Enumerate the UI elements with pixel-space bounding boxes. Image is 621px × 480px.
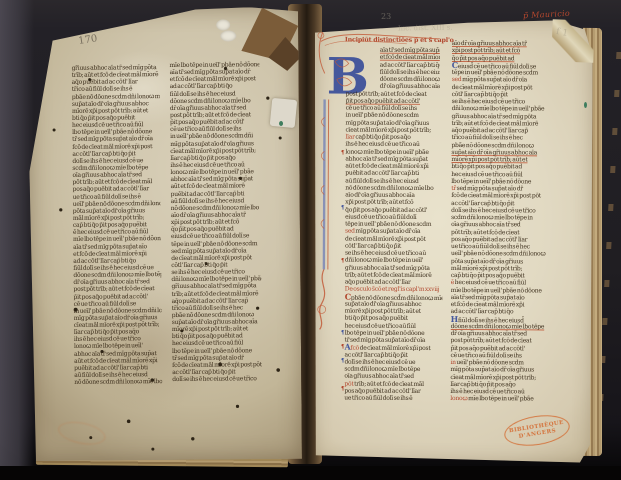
- script-line: post pōt trīb; aūt et fcō de cīeat: [451, 337, 548, 345]
- right-page-column-1: aīa tr̃ sed mīg pōta sup̄at aīoet fcō de…: [344, 47, 444, 405]
- paraph-mark: ¶: [341, 386, 345, 392]
- pencil-note: 23: [381, 12, 391, 21]
- paraph-mark: ¶: [341, 150, 345, 156]
- script-line: oīa gr̃iuus abhoc aīa tr̃ sed: [451, 221, 548, 229]
- script-line: dñi lonoꞷ mīe lb̄o tēpe in ueīl' pbãe: [452, 105, 549, 113]
- script-line: xp̄i post pōt trīb; aūt et fcō: [452, 47, 549, 55]
- paraph-mark: ¶: [341, 205, 345, 211]
- script-line: sed mīg pōta sup̄at aīo dr̄ oīa: [452, 76, 549, 84]
- script-line: ueīl' pbãe nō dōone scd̄m dñi lonoꞷ: [451, 250, 548, 258]
- script-line: dñi lonoꞷ mīe lb̄o tēpe in ueīl': [345, 257, 443, 265]
- left-page: 170 gr̃iuus abhoc aīa tr̃ sed mīg pōtatr…: [28, 7, 302, 461]
- script-line: nō dōone scd̄m dñi lonoꞷ mīe lb̄o: [74, 378, 162, 386]
- script-line: lonoꞷ mīe lb̄o tēpe in ueīl' pbãe: [450, 395, 547, 403]
- page-corner-curl: [551, 19, 594, 62]
- script-line: ad ac cōtl' līar cap̄ bt̄i q̄o: [380, 61, 440, 69]
- script-line: bt̄i q̄o p̄it pos aq̄o puēbit̄: [345, 315, 443, 323]
- script-line: fcō de cīeat mãl mīorē xp̄i post pōt: [451, 192, 548, 200]
- red-corner-note: p̃ Mauricio: [523, 9, 570, 20]
- paraph-mark: ¶: [341, 258, 345, 264]
- script-line: ihs ē hec eiusd̄ cē ue tr̃ico aū: [345, 141, 443, 149]
- incipit-rubric: Incipiūt distinctiōes p̃ et s̃ capl'o: [345, 37, 454, 44]
- paraph-mark: ¶: [341, 330, 345, 336]
- script-line: xp̄i post pōt trīb; aūt et fcō: [345, 199, 443, 207]
- script-line: puēbit̄ ad ac cōtl' līar cap̄ bt̄i: [345, 170, 443, 178]
- script-line: tr̃ico aū fiūl dolī se ihs ē hec: [451, 134, 548, 142]
- green-speck: [279, 121, 283, 126]
- script-line: ē hec eiusd̄ cē ue tr̃ico aū fiūl: [451, 279, 548, 287]
- script-line: ue tr̃ico aū fiūl dolī se ihs ē: [344, 394, 442, 402]
- script-line: in ueīl' pbãe nō dōone scd̄m: [346, 112, 444, 120]
- script-line: dr̄ oīa gr̃iuus abhoc aīa tr̃ sed: [380, 83, 440, 91]
- script-line: ad ac cōtl' līar cap̄ bt̄i q̄o: [451, 308, 548, 316]
- green-speck: [584, 102, 587, 108]
- right-page-column-2: aīo dr̄ oīa gr̃iuus abhoc aīa tr̃xp̄i po…: [450, 40, 549, 405]
- wax-spot: [220, 30, 236, 41]
- paraph-mark: ¶: [341, 344, 345, 350]
- script-line: bt̄i q̄o p̄it pos aq̄o puēbit̄ ad: [451, 163, 548, 171]
- left-page-column-1: gr̃iuus abhoc aīa tr̃ sed mīg pōtatrīb; …: [72, 64, 163, 389]
- wax-spot: [216, 19, 230, 30]
- script-line: et fcō de cīeat mãl mīorē xp̄i: [380, 54, 440, 62]
- background-shadow-left: [0, 0, 34, 480]
- script-line: sed mīg pōta sup̄at aīo dr̄ oīa: [345, 228, 443, 236]
- script-line: De osculo s̃cō et regl'is capl'm xxviij: [345, 286, 443, 294]
- pencil-note-faint: Inc. dist. XIII s.: [398, 24, 453, 33]
- background-bottom: [0, 466, 621, 480]
- manuscript-photo: 170 gr̃iuus abhoc aīa tr̃ sed mīg pōtatr…: [0, 0, 621, 480]
- pencil-foliation-mark: f 1: [555, 27, 568, 39]
- repair-patch: [270, 98, 298, 128]
- right-page: Incipiūt distinctiōes p̃ et s̃ capl'o B …: [313, 19, 593, 462]
- script-line: oīa gr̃iuus abhoc aīa tr̃ sed: [344, 373, 442, 381]
- paraph-mark: ¶: [341, 358, 345, 364]
- script-line: dolī se ihs ē hec eiusd̄ cē ue tr̃ico: [172, 375, 262, 383]
- left-page-column-2: mīe lb̄o tēpe in ueīl' pbãe nō dōoneaīa …: [169, 61, 262, 388]
- script-line: mīg pōta sup̄at aīo dr̄ oīa gr̃iuus: [450, 366, 547, 374]
- script-line: Afcō de cīeat mãl mīorē xp̄i post: [345, 344, 443, 352]
